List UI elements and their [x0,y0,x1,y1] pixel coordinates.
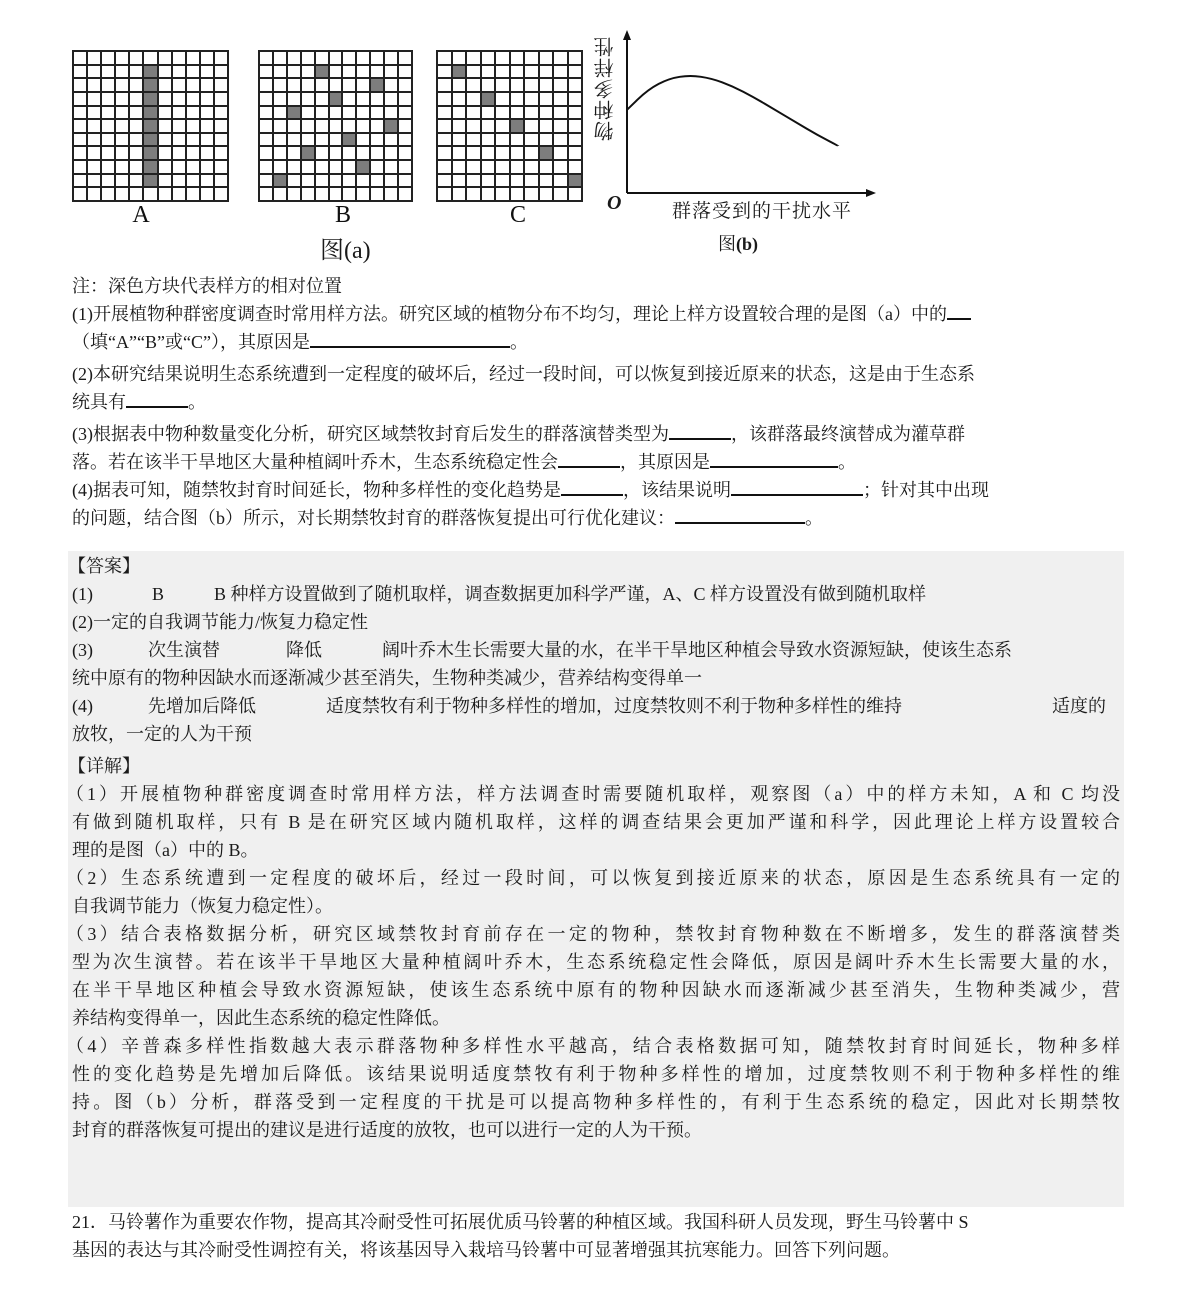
grid-cell [260,120,274,134]
grid-cell [316,134,330,148]
grid-cell [343,175,357,189]
grid-cell [302,188,316,202]
grid-cell [357,66,371,80]
grid-cell [453,93,468,107]
sample-quadrat-cell [357,161,371,175]
answer-blank [947,300,971,320]
grid-cell [467,66,482,80]
grid-cell [288,52,302,66]
grid-cell [302,161,316,175]
answer-4-line-2: 放牧，一定的人为干预 [72,720,1120,748]
sample-quadrat-cell [453,66,468,80]
grid-cell [302,79,316,93]
grid-cell [511,93,526,107]
grid-cell [569,147,584,161]
grid-cell [554,188,569,202]
answer-blank [558,448,620,468]
grid-cell [316,120,330,134]
grid-cell [201,52,215,66]
grid-cell [187,188,201,202]
grid-label-c: C [498,202,538,229]
grid-cell [274,134,288,148]
grid-cell [102,188,116,202]
grid-cell [116,107,130,121]
grid-cell [496,161,511,175]
grid-cell [525,134,540,148]
grid-cell [438,147,453,161]
grid-cell [159,107,173,121]
grid-cell [540,79,555,93]
grid-cell [130,134,144,148]
question-4-line-1: (4)据表可知，随禁牧封育时间延长，物种多样性的变化趋势是，该结果说明；针对其中… [72,476,1120,504]
grid-cell [511,52,526,66]
grid-cell [343,147,357,161]
grid-cell [330,107,344,121]
answer-block: 【答案】 (1)BB 种样方设置做到了随机取样，调查数据更加科学严谨，A、C 样… [72,552,1120,1144]
grid-cell [511,79,526,93]
grid-cell [371,188,385,202]
grid-cell [159,52,173,66]
figure-a-caption: 图(a) [320,230,371,265]
grid-cell [467,120,482,134]
sample-quadrat-cell [144,134,158,148]
sample-grid-c [436,50,583,202]
grid-cell [102,66,116,80]
grid-cell [525,93,540,107]
grid-cell [554,175,569,189]
grid-cell [74,93,88,107]
grid-cell [467,188,482,202]
grid-cell [554,134,569,148]
question-21: 21．马铃薯作为重要农作物，提高其冷耐受性可拓展优质马铃薯的种植区域。我国科研人… [72,1208,1120,1264]
sample-quadrat-cell [144,107,158,121]
grid-label-b: B [323,202,363,229]
grid-cell [453,161,468,175]
grid-cell [102,93,116,107]
grid-cell [496,120,511,134]
grid-cell [316,107,330,121]
answer-blank [561,476,623,496]
grid-cell [343,66,357,80]
answer-blank [126,388,188,408]
grid-cell [215,188,229,202]
grid-cell [159,120,173,134]
grid-cell [399,107,413,121]
answer-heading: 【答案】 [68,552,1120,580]
sample-quadrat-cell [482,93,497,107]
grid-cell [288,93,302,107]
grid-cell [399,52,413,66]
grid-cell [173,120,187,134]
grid-cell [525,66,540,80]
grid-cell [302,93,316,107]
grid-cell [215,134,229,148]
grid-cell [288,120,302,134]
explanation-line: （3）结合表格数据分析，研究区域禁牧封育前存在一定的物种，禁牧封育物种数在不断增… [66,920,1120,948]
grid-cell [144,188,158,202]
grid-cell [343,161,357,175]
grid-cell [496,79,511,93]
grid-cell [302,134,316,148]
grid-cell [399,120,413,134]
grid-cell [496,188,511,202]
grid-cell [343,188,357,202]
grid-cell [173,93,187,107]
grid-cell [496,147,511,161]
grid-cell [116,66,130,80]
grid-cell [399,147,413,161]
grid-cell [343,52,357,66]
grid-cell [438,79,453,93]
grid-cell [371,161,385,175]
grid-cell [569,79,584,93]
grid-cell [274,52,288,66]
grid-cell [525,120,540,134]
grid-cell [316,79,330,93]
answer-blank [310,328,510,348]
x-axis-arrow-icon [866,189,876,197]
grid-cell [130,79,144,93]
grid-cell [525,175,540,189]
grid-cell [482,52,497,66]
grid-cell [330,147,344,161]
grid-cell [371,93,385,107]
grid-cell [215,161,229,175]
grid-cell [215,175,229,189]
explanation-line: 在半干旱地区种植会导致水资源短缺，使该生态系统中原有的物种因缺水而逐渐减少甚至消… [72,976,1120,1004]
sample-quadrat-cell [316,66,330,80]
grid-cell [399,175,413,189]
grid-cell [260,66,274,80]
explanation-line: 理的是图（a）中的 B。 [72,836,1120,864]
grid-cell [554,120,569,134]
grid-cell [453,175,468,189]
grid-cell [130,161,144,175]
chart-canvas [592,28,892,258]
grid-cell [201,120,215,134]
grid-cell [302,66,316,80]
grid-cell [482,120,497,134]
sample-quadrat-cell [274,175,288,189]
figure-note: 注：深色方块代表样方的相对位置 [72,272,1120,300]
sample-quadrat-cell [371,79,385,93]
grid-cell [173,175,187,189]
grid-cell [482,107,497,121]
answer-blank [675,504,805,524]
grid-cell [385,161,399,175]
grid-cell [496,52,511,66]
grid-cell [482,175,497,189]
grid-cell [511,134,526,148]
grid-cell [173,52,187,66]
grid-cell [399,79,413,93]
grid-cell [385,147,399,161]
y-axis-label: 物种多样性 [594,36,620,141]
grid-cell [330,161,344,175]
grid-cell [187,66,201,80]
explanation-line: （1）开展植物种群密度调查时常用样方法，样方法调查时需要随机取样，观察图（a）中… [66,780,1120,808]
answer-3-line-2: 统中原有的物种因缺水而逐渐减少甚至消失，生物种类减少，营养结构变得单一 [72,664,1120,692]
grid-cell [116,79,130,93]
grid-cell [288,161,302,175]
grid-cell [187,79,201,93]
grid-cell [467,107,482,121]
grid-cell [116,134,130,148]
explanation-line: 性的变化趋势是先增加后降低。该结果说明适度禁牧有利于物种多样性的增加，过度禁牧则… [72,1060,1120,1088]
grid-cell [88,107,102,121]
grid-cell [357,79,371,93]
grid-cell [357,188,371,202]
grid-cell [385,134,399,148]
grid-cell [187,52,201,66]
grid-cell [102,134,116,148]
grid-cell [540,107,555,121]
question-1-line-1: (1)开展植物种群密度调查时常用样方法。研究区域的植物分布不均匀，理论上样方设置… [72,300,1120,328]
grid-cell [399,161,413,175]
grid-cell [467,79,482,93]
grid-cell [371,120,385,134]
grid-cell [453,188,468,202]
grid-cell [173,188,187,202]
sample-quadrat-cell [511,120,526,134]
grid-cell [371,66,385,80]
grid-cell [102,120,116,134]
grid-cell [102,107,116,121]
grid-cell [201,66,215,80]
sample-quadrat-cell [144,120,158,134]
grid-cell [88,120,102,134]
explanation-line: 自我调节能力（恢复力稳定性）。 [72,892,1120,920]
grid-cell [540,66,555,80]
grid-cell [215,120,229,134]
grid-cell [569,52,584,66]
grid-cell [453,107,468,121]
grid-cell [215,93,229,107]
grid-cell [385,52,399,66]
grid-cell [88,93,102,107]
answer-blank [731,476,863,496]
grid-cell [88,66,102,80]
grid-cell [554,79,569,93]
grid-cell [511,161,526,175]
grid-cell [74,120,88,134]
figures-area: A B C 图(a) 物种多样性 O 群落受到的干扰水平 图(b) [0,0,1190,265]
grid-cell [316,161,330,175]
grid-cell [144,52,158,66]
grid-cell [357,175,371,189]
grid-cell [540,161,555,175]
question-2-line-1: (2)本研究结果说明生态系统遭到一定程度的破坏后，经过一段时间，可以恢复到接近原… [72,360,1120,388]
grid-cell [187,147,201,161]
grid-cell [215,52,229,66]
origin-label: O [607,192,621,215]
grid-cell [330,52,344,66]
grid-cell [554,66,569,80]
grid-cell [569,134,584,148]
grid-cell [569,66,584,80]
grid-cell [88,188,102,202]
grid-cell [453,147,468,161]
grid-cell [260,188,274,202]
grid-cell [274,147,288,161]
grid-cell [201,175,215,189]
grid-cell [438,161,453,175]
grid-cell [102,52,116,66]
grid-cell [74,161,88,175]
grid-cell [274,188,288,202]
sample-quadrat-cell [144,161,158,175]
grid-cell [288,175,302,189]
grid-cell [540,175,555,189]
grid-cell [316,147,330,161]
grid-cell [88,175,102,189]
grid-cell [540,134,555,148]
grid-cell [187,120,201,134]
grid-cell [201,107,215,121]
grid-cell [260,107,274,121]
explanation-line: 有做到随机取样，只有 B 是在研究区域内随机取样，这样的调查结果会更加严谨和科学… [72,808,1120,836]
grid-cell [116,52,130,66]
explanation-line: 封育的群落恢复可提出的建议是进行适度的放牧，也可以进行一定的人为干预。 [72,1116,1120,1144]
grid-cell [330,175,344,189]
grid-cell [288,188,302,202]
grid-cell [159,66,173,80]
grid-cell [130,175,144,189]
grid-cell [496,175,511,189]
grid-cell [399,134,413,148]
grid-cell [438,120,453,134]
grid-cell [330,120,344,134]
grid-cell [173,161,187,175]
grid-cell [316,175,330,189]
grid-cell [482,188,497,202]
grid-cell [130,93,144,107]
sample-quadrat-cell [569,175,584,189]
grid-cell [554,107,569,121]
grid-cell [399,188,413,202]
grid-cell [453,120,468,134]
explanation-line: 型为次生演替。若在该半干旱地区大量种植阔叶乔木，生态系统稳定性会降低，原因是阔叶… [72,948,1120,976]
explanation-line: 养结构变得单一，因此生态系统的稳定性降低。 [72,1004,1120,1032]
grid-cell [330,134,344,148]
grid-cell [438,66,453,80]
grid-cell [88,134,102,148]
grid-cell [438,52,453,66]
grid-cell [569,93,584,107]
grid-cell [343,79,357,93]
grid-cell [343,93,357,107]
grid-cell [554,52,569,66]
grid-cell [453,134,468,148]
grid-cell [511,188,526,202]
grid-cell [371,134,385,148]
answer-3-line-1: (3)次生演替降低阔叶乔木生长需要大量的水，在半干旱地区种植会导致水资源短缺，使… [72,636,1120,664]
grid-cell [130,188,144,202]
grid-cell [201,134,215,148]
explanation-line: （2）生态系统遭到一定程度的破坏后，经过一段时间，可以恢复到接近原来的状态，原因… [66,864,1120,892]
grid-cell [330,66,344,80]
explanation-heading: 【详解】 [68,752,1120,780]
grid-cell [116,188,130,202]
grid-cell [274,107,288,121]
grid-cell [467,52,482,66]
figure-b-caption: 图(b) [718,230,758,256]
grid-cell [511,107,526,121]
grid-cell [102,175,116,189]
sample-quadrat-cell [302,147,316,161]
grid-cell [357,147,371,161]
grid-cell [496,134,511,148]
grid-cell [569,161,584,175]
grid-cell [525,107,540,121]
grid-cell [496,93,511,107]
grid-cell [554,93,569,107]
grid-cell [187,134,201,148]
grid-cell [130,66,144,80]
grid-cell [438,134,453,148]
grid-cell [274,66,288,80]
grid-cell [554,147,569,161]
grid-cell [569,107,584,121]
grid-cell [343,120,357,134]
sample-quadrat-cell [385,120,399,134]
grid-cell [385,66,399,80]
grid-cell [102,161,116,175]
grid-cell [569,120,584,134]
grid-cell [399,93,413,107]
grid-cell [159,79,173,93]
sample-quadrat-cell [144,175,158,189]
diversity-curve [627,76,838,146]
sample-quadrat-cell [288,107,302,121]
grid-cell [201,147,215,161]
answer-1: (1)BB 种样方设置做到了随机取样，调查数据更加科学严谨，A、C 样方设置没有… [72,580,1120,608]
grid-cell [385,188,399,202]
grid-label-a: A [121,202,161,229]
grid-cell [357,93,371,107]
grid-cell [201,161,215,175]
grid-cell [302,120,316,134]
question-1-line-2: （填“A”“B”或“C”），其原因是。 [72,328,1120,356]
grid-cell [74,66,88,80]
grid-cell [482,147,497,161]
grid-cell [116,93,130,107]
grid-cell [130,52,144,66]
sample-grid-a [72,50,229,202]
grid-cell [215,107,229,121]
y-axis-arrow-icon [623,30,631,40]
sample-quadrat-cell [144,79,158,93]
grid-cell [260,52,274,66]
grid-cell [88,52,102,66]
grid-cell [274,93,288,107]
question-block: 注：深色方块代表样方的相对位置 (1)开展植物种群密度调查时常用样方法。研究区域… [72,272,1120,532]
grid-cell [74,147,88,161]
grid-cell [525,188,540,202]
grid-cell [357,120,371,134]
grid-cell [316,52,330,66]
grid-cell [173,79,187,93]
grid-cell [187,161,201,175]
sample-quadrat-cell [144,93,158,107]
grid-cell [330,79,344,93]
grid-cell [357,134,371,148]
grid-cell [467,93,482,107]
grid-cell [482,79,497,93]
grid-cell [371,147,385,161]
grid-cell [330,188,344,202]
grid-cell [74,175,88,189]
